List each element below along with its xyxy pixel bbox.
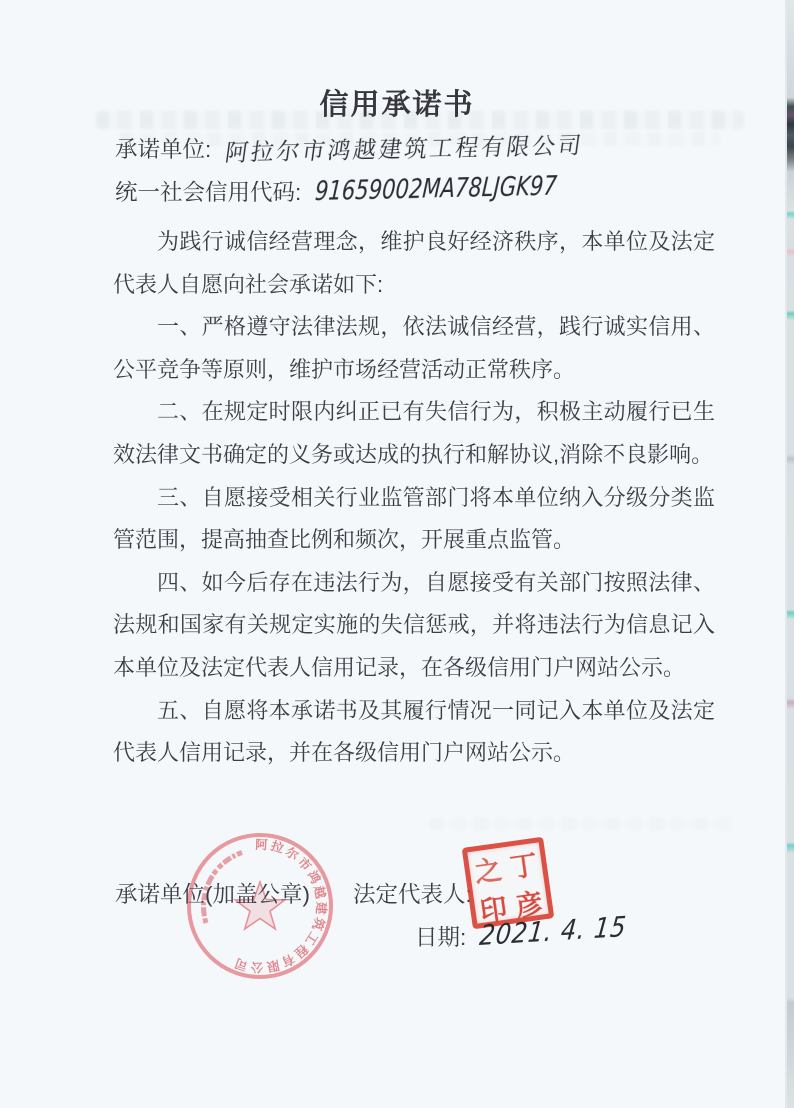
date-label: 日期: (415, 925, 466, 950)
document-body: 为践行诚信经营理念，维护良好经济秩序，本单位及法定代表人自愿向社会承诺如下: 一… (113, 221, 715, 775)
paragraph-item-1: 一、严格遵守法律法规，依法诚信经营，践行诚实信用、公平竞争等原则，维护市场经营活… (113, 306, 715, 391)
committing-unit-label: 承诺单位: (115, 137, 211, 162)
scan-edge-noise-strip (787, 0, 794, 1108)
field-credit-code: 统一社会信用代码: 91659002MA78LJGK97 (115, 175, 623, 207)
signature-unit-label: 承诺单位(加盖公章) (115, 877, 310, 909)
paragraph-item-5: 五、自愿将本承诺书及其履行情况一同记入本单位及法定代表人信用记录，并在各级信用门… (113, 690, 715, 775)
document-title: 信用承诺书 (0, 82, 794, 123)
paragraph-item-3: 三、自愿接受相关行业监管部门将本单位纳入分级分类监管范围，提高抽查比例和频次，开… (113, 477, 715, 562)
seal-char: 丁 (503, 842, 544, 886)
bleed-through-band (430, 818, 730, 830)
date-line: 日期: 2021. 4. 15 (415, 919, 649, 952)
scanned-document-page: 信用承诺书 承诺单位: 阿拉尔市鸿越建筑工程有限公司 统一社会信用代码: 916… (0, 0, 794, 1108)
seal-char: 之 (467, 847, 508, 891)
field-committing-unit: 承诺单位: 阿拉尔市鸿越建筑工程有限公司 (115, 131, 583, 164)
credit-code-label: 统一社会信用代码: (115, 180, 301, 205)
paragraph-intro: 为践行诚信经营理念，维护良好经济秩序，本单位及法定代表人自愿向社会承诺如下: (113, 221, 715, 306)
signature-legal-rep-label: 法定代表人: (353, 877, 472, 909)
committing-unit-handwritten-value: 阿拉尔市鸿越建筑工程有限公司 (223, 127, 586, 167)
paragraph-item-4: 四、如今后存在违法行为，自愿接受有关部门按照法律、法规和国家有关规定实施的失信惩… (113, 562, 715, 690)
credit-code-handwritten-value: 91659002MA78LJGK97 (314, 171, 558, 207)
paragraph-item-2: 二、在规定时限内纠正已有失信行为，积极主动履行已生效法律文书确定的义务或达成的执… (113, 391, 715, 476)
